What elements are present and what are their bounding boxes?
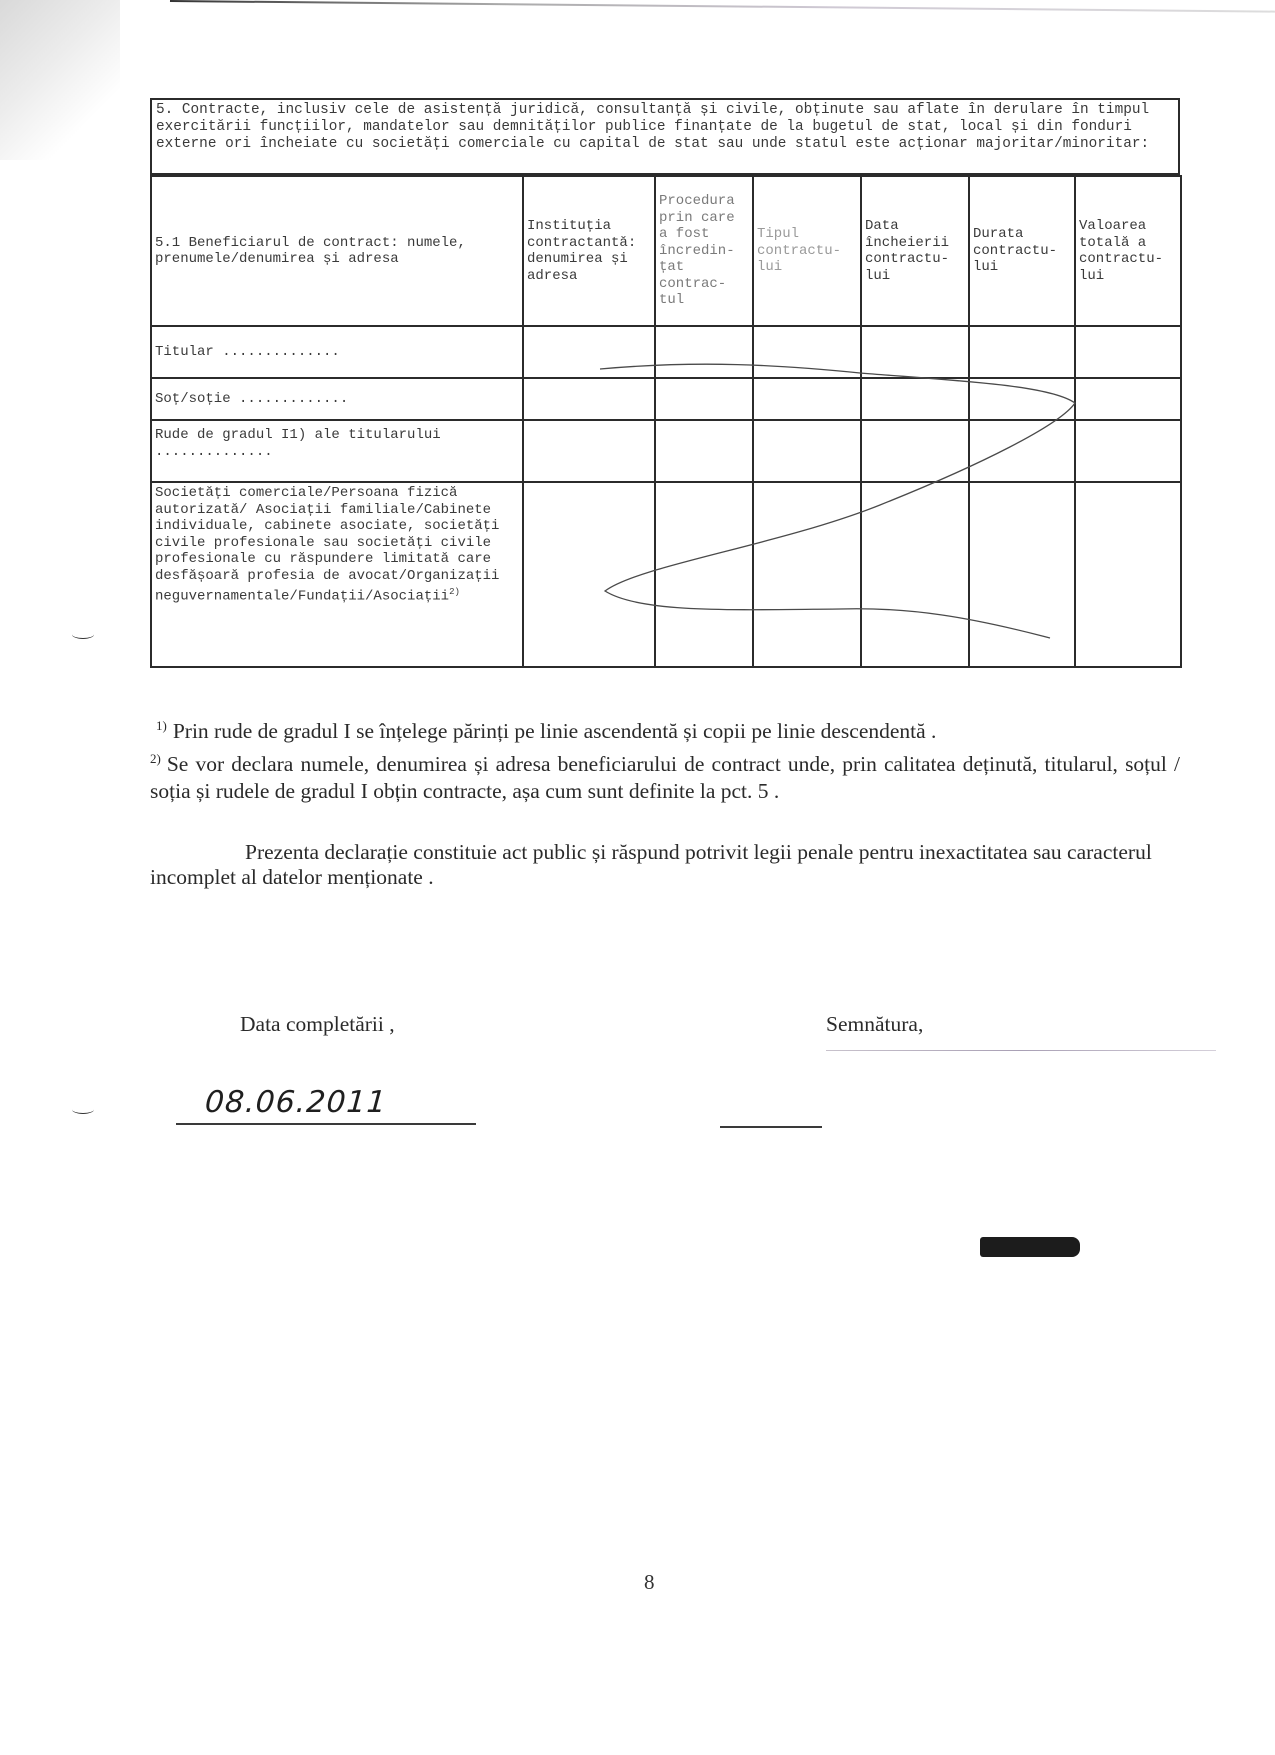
- footnote-1: 1)Prin rude de gradul I se înțelege pări…: [150, 712, 1180, 745]
- column-header-beneficiary: 5.1 Beneficiarul de contract: numele, pr…: [151, 176, 523, 326]
- column-header-date-concluded: Data încheierii contractu-lui: [861, 176, 969, 326]
- table-header-row: 5.1 Beneficiarul de contract: numele, pr…: [151, 176, 1181, 326]
- signature-line-stub: [720, 1126, 822, 1128]
- column-header-institution: Instituția contractantă: denumirea și ad…: [523, 176, 655, 326]
- table-cell: [1075, 420, 1181, 482]
- table-cell: [753, 420, 861, 482]
- row-label-titular: Titular ..............: [151, 326, 523, 378]
- table-cell: [753, 326, 861, 378]
- table-cell: [969, 482, 1075, 667]
- table-cell: [861, 326, 969, 378]
- column-header-contract-type: Tipul contractu-lui: [753, 176, 861, 326]
- row-label-companies: Societăți comerciale/Persoana fizică aut…: [151, 482, 523, 667]
- table-cell: [1075, 326, 1181, 378]
- scan-edge: [170, 0, 1275, 14]
- row-label-relatives: Rude de gradul I1) ale titularului .....…: [151, 420, 523, 482]
- table-cell: [969, 420, 1075, 482]
- footnote-ref: 2): [449, 587, 460, 597]
- page-number: 8: [644, 1570, 655, 1595]
- table-cell: [655, 420, 753, 482]
- table-cell: [523, 482, 655, 667]
- table-cell: [1075, 378, 1181, 420]
- table-cell: [753, 378, 861, 420]
- row-label-spouse: Soț/soție .............: [151, 378, 523, 420]
- redacted-signature: [980, 1237, 1080, 1257]
- table-cell: [861, 482, 969, 667]
- column-header-procedure: Procedura prin care a fost încredin-țat …: [655, 176, 753, 326]
- table-cell: [523, 326, 655, 378]
- table-row-companies: Societăți comerciale/Persoana fizică aut…: [151, 482, 1181, 667]
- date-line: [176, 1123, 476, 1125]
- table-cell: [861, 378, 969, 420]
- scan-shadow: [0, 0, 120, 160]
- table-cell: [753, 482, 861, 667]
- table-row-titular: Titular ..............: [151, 326, 1181, 378]
- column-header-total-value: Valoarea totală a contractu-lui: [1075, 176, 1181, 326]
- table-cell: [523, 378, 655, 420]
- signature-label: Semnătura,: [826, 1012, 923, 1037]
- margin-mark: [72, 1105, 94, 1114]
- table-cell: [655, 378, 753, 420]
- table-cell: [655, 326, 753, 378]
- table-row-spouse: Soț/soție .............: [151, 378, 1181, 420]
- date-value: 08.06.2011: [204, 1085, 388, 1120]
- table-cell: [969, 326, 1075, 378]
- margin-mark: [72, 630, 94, 639]
- footnote-2: 2)Se vor declara numele, denumirea și ad…: [150, 745, 1180, 805]
- table-cell: [655, 482, 753, 667]
- table-cell: [523, 420, 655, 482]
- table-row-relatives: Rude de gradul I1) ale titularului .....…: [151, 420, 1181, 482]
- declaration-statement: Prezenta declarație constituie act publi…: [150, 840, 1180, 890]
- footnotes: 1)Prin rude de gradul I se înțelege pări…: [150, 712, 1180, 805]
- signature-line: [826, 1050, 1216, 1051]
- date-label: Data completării ,: [240, 1012, 395, 1037]
- contracts-table: 5.1 Beneficiarul de contract: numele, pr…: [150, 175, 1182, 668]
- table-cell: [861, 420, 969, 482]
- section-5-intro: 5. Contracte, inclusiv cele de asistență…: [150, 98, 1180, 176]
- table-cell: [969, 378, 1075, 420]
- table-cell: [1075, 482, 1181, 667]
- column-header-duration: Durata contractu-lui: [969, 176, 1075, 326]
